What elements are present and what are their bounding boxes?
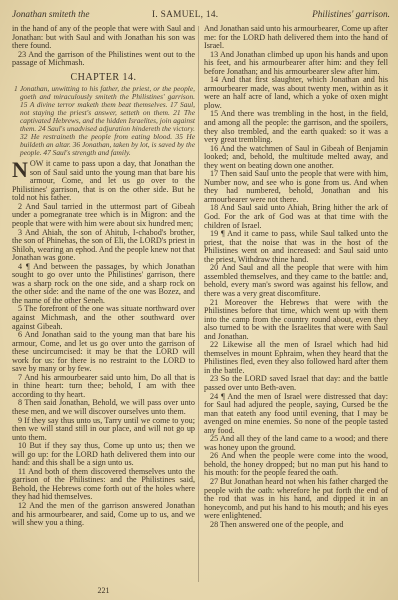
verse-12-continued: And Jonathan said unto his armourbearer,… — [204, 25, 388, 51]
verse-9: 9 If they say thus unto us, Tarry until … — [12, 417, 195, 443]
verse-7: 7 And his armourbearer said unto him, Do… — [12, 374, 195, 400]
chapter-summary: 1 Jonathan, unwitting to his father, the… — [12, 85, 195, 157]
header-right: Philistines' garrison. — [312, 8, 390, 22]
chapter-title: CHAPTER 14. — [12, 72, 195, 84]
verse-20: 20 And Saul and all the people that were… — [204, 264, 388, 298]
right-column: And Jonathan said unto his armourbearer,… — [204, 25, 388, 529]
verse-26: 26 And when the people were come into th… — [204, 452, 388, 478]
verse-8: 8 Then said Jonathan, Behold, we will pa… — [12, 399, 195, 416]
verse-4: 4 ¶ And between the passages, by which J… — [12, 263, 195, 306]
verse-16: 16 And the watchmen of Saul in Gibeah of… — [204, 145, 388, 171]
verse-17: 17 Then said Saul unto the people that w… — [204, 170, 388, 204]
verse-11: 11 And both of them discovered themselve… — [12, 468, 195, 502]
verse-25: 25 And all they of the land came to a wo… — [204, 435, 388, 452]
verse-28: 28 Then answered one of the people, and — [204, 521, 388, 530]
verse-13: 13 And Jonathan climbed up upon his hand… — [204, 51, 388, 77]
verse-19: 19 ¶ And it came to pass, while Saul tal… — [204, 230, 388, 264]
verse-27: 27 But Jonathan heard not when his fathe… — [204, 478, 388, 521]
header-book-chapter: I. SAMUEL, 14. — [152, 8, 218, 22]
verse-24: 24 ¶ And the men of Israel were distress… — [204, 393, 388, 436]
verse-1-text: OW it came to pass upon a day, that Jona… — [12, 159, 195, 202]
verse-13-23: 23 And the garrison of the Philistines w… — [12, 51, 195, 68]
verse-15: 15 And there was trembling in the host, … — [204, 110, 388, 144]
page-number: 221 — [12, 586, 195, 595]
verse-22: 22 Likewise all the men of Israel which … — [204, 341, 388, 375]
drop-cap: N — [12, 161, 28, 178]
verse-2: 2 And Saul tarried in the uttermost part… — [12, 203, 195, 229]
verse-23: 23 So the LORD saved Israel that day: an… — [204, 375, 388, 392]
verse-12: 12 And the men of the garrison answered … — [12, 502, 195, 528]
verse-14: 14 And that first slaughter, which Jonat… — [204, 76, 388, 110]
verse-continued: in the hand of any of the people that we… — [12, 25, 195, 51]
verse-21: 21 Moreover the Hebrews that were with t… — [204, 299, 388, 342]
left-column: in the hand of any of the people that we… — [12, 25, 195, 528]
verse-6: 6 And Jonathan said to the young man tha… — [12, 331, 195, 374]
bible-page: Jonathan smiteth the I. SAMUEL, 14. Phil… — [12, 8, 390, 598]
verse-5: 5 The forefront of the one was situate n… — [12, 305, 195, 331]
header-left: Jonathan smiteth the — [12, 8, 89, 22]
running-header: Jonathan smiteth the I. SAMUEL, 14. Phil… — [12, 8, 390, 22]
column-rule — [198, 26, 199, 582]
verse-1: NOW it came to pass upon a day, that Jon… — [12, 160, 195, 203]
verse-18: 18 And Saul said unto Ahiah, Bring hithe… — [204, 204, 388, 230]
verse-3: 3 And Ahiah, the son of Ahitub, I-chabod… — [12, 229, 195, 263]
verse-10: 10 But if they say thus, Come up unto us… — [12, 442, 195, 468]
